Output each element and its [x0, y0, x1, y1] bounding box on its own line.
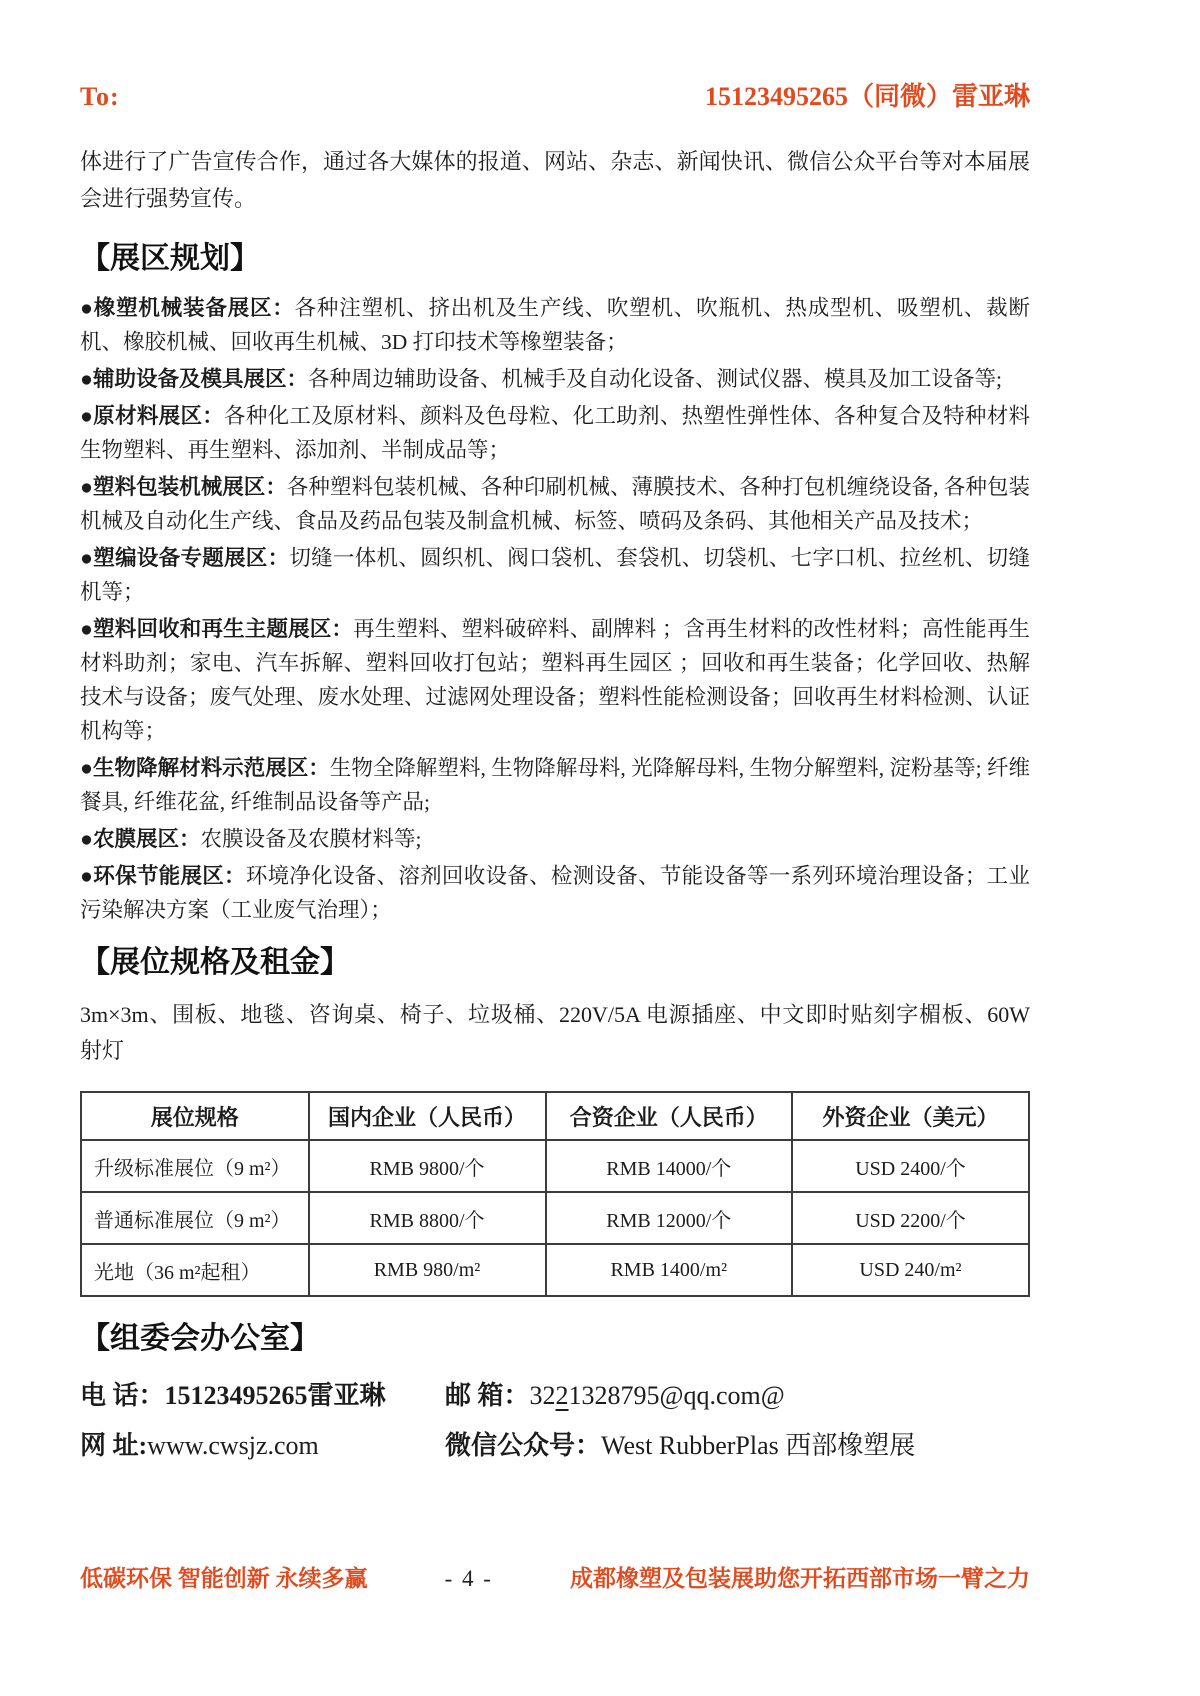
column-header-foreign: 外资企业（美元） [792, 1092, 1029, 1140]
table-row: 光地（36 m²起租） RMB 980/m² RMB 1400/m² USD 2… [81, 1244, 1029, 1296]
zone-name: ●辅助设备及模具展区： [80, 367, 308, 391]
wechat-row: 微信公众号：West RubberPlas 西部橡塑展 [445, 1427, 1030, 1465]
website-value: www.cwsjz.com [147, 1431, 319, 1460]
price-cell: RMB 9800/个 [309, 1140, 546, 1192]
booth-spec-cell: 普通标准展位（9 m²） [81, 1192, 309, 1244]
footer-slogan-left: 低碳环保 智能创新 永续多赢 [80, 1560, 368, 1593]
page-number: - 4 - [445, 1566, 493, 1592]
zone-item: ●辅助设备及模具展区：各种周边辅助设备、机械手及自动化设备、测试仪器、模具及加工… [80, 362, 1030, 396]
email-part: 1328795@qq.com@ [569, 1381, 785, 1410]
column-header-joint-venture: 合资企业（人民币） [546, 1092, 792, 1140]
zone-name: ●生物降解材料示范展区： [80, 756, 330, 780]
footer-slogan-right: 成都橡塑及包装展助您开拓西部市场一臂之力 [570, 1560, 1030, 1593]
email-label: 邮 箱： [445, 1381, 530, 1410]
zone-item: ●原材料展区：各种化工及原材料、颜料及色母粒、化工助剂、热塑性弹性体、各种复合及… [80, 399, 1030, 467]
intro-paragraph: 体进行了广告宣传合作，通过各大媒体的报道、网站、杂志、新闻快讯、微信公众平台等对… [80, 143, 1030, 217]
section-title-zone-planning: 【展区规划】 [80, 237, 1030, 281]
contact-block: 电 话：15123495265雷亚琳 邮 箱：3221328795@qq.com… [80, 1377, 1030, 1465]
column-header-domestic: 国内企业（人民币） [309, 1092, 546, 1140]
document-page: To: 15123495265（同微）雷亚琳 体进行了广告宣传合作，通过各大媒体… [0, 0, 1200, 1696]
price-cell: USD 2400/个 [792, 1140, 1029, 1192]
table-row: 普通标准展位（9 m²） RMB 8800/个 RMB 12000/个 USD … [81, 1192, 1029, 1244]
price-cell: USD 2200/个 [792, 1192, 1029, 1244]
zone-item: ●环保节能展区：环境净化设备、溶剂回收设备、检测设备、节能设备等一系列环境治理设… [80, 859, 1030, 927]
booth-spec-cell: 光地（36 m²起租） [81, 1244, 309, 1296]
phone-label: 电 话： [80, 1381, 165, 1410]
zone-item: ●塑料包装机械展区：各种塑料包装机械、各种印刷机械、薄膜技术、各种打包机缠绕设备… [80, 470, 1030, 538]
doc-header: To: 15123495265（同微）雷亚琳 [80, 76, 1030, 113]
price-cell: RMB 980/m² [309, 1244, 546, 1296]
email-row: 邮 箱：3221328795@qq.com@ [445, 1377, 1030, 1415]
website-row: 网 址:www.cwsjz.com [80, 1427, 445, 1465]
zone-item: ●塑料回收和再生主题展区：再生塑料、塑料破碎料、副牌料 ；含再生材料的改性材料；… [80, 612, 1030, 748]
website-label: 网 址: [80, 1431, 147, 1460]
zone-item: ●橡塑机械装备展区：各种注塑机、挤出机及生产线、吹塑机、吹瓶机、热成型机、吸塑机… [80, 291, 1030, 359]
header-contact: 15123495265（同微）雷亚琳 [705, 76, 1030, 113]
booth-includes-note: 3m×3m、围板、地毯、咨询桌、椅子、垃圾桶、220V/5A 电源插座、中文即时… [80, 997, 1030, 1069]
price-cell: USD 240/m² [792, 1244, 1029, 1296]
phone-value: 15123495265雷亚琳 [165, 1381, 386, 1410]
zone-name: ●塑料包装机械展区： [80, 475, 287, 499]
zone-name: ●塑料回收和再生主题展区： [80, 617, 353, 641]
section-title-booth-rates: 【展位规格及租金】 [80, 941, 1030, 985]
zone-item: ●塑编设备专题展区：切缝一体机、圆织机、阀口袋机、套袋机、切袋机、七字口机、拉丝… [80, 541, 1030, 609]
zone-name: ●塑编设备专题展区： [80, 546, 289, 570]
zone-item: ●生物降解材料示范展区：生物全降解塑料, 生物降解母料, 光降解母料, 生物分解… [80, 751, 1030, 819]
zone-desc: 各种周边辅助设备、机械手及自动化设备、测试仪器、模具及加工设备等; [308, 367, 1002, 391]
wechat-value: West RubberPlas 西部橡塑展 [601, 1431, 915, 1460]
page-footer: 低碳环保 智能创新 永续多赢 - 4 - 成都橡塑及包装展助您开拓西部市场一臂之… [80, 1560, 1030, 1593]
email-value: 3221328795@qq.com@ [530, 1381, 785, 1410]
price-cell: RMB 12000/个 [546, 1192, 792, 1244]
booth-price-table: 展位规格 国内企业（人民币） 合资企业（人民币） 外资企业（美元） 升级标准展位… [80, 1091, 1030, 1297]
zone-name: ●橡塑机械装备展区： [80, 296, 295, 320]
zone-desc: 农膜设备及农膜材料等; [201, 827, 422, 851]
zone-name: ●农膜展区： [80, 827, 201, 851]
booth-spec-cell: 升级标准展位（9 m²） [81, 1140, 309, 1192]
wechat-label: 微信公众号： [445, 1431, 601, 1460]
table-row: 升级标准展位（9 m²） RMB 9800/个 RMB 14000/个 USD … [81, 1140, 1029, 1192]
table-header-row: 展位规格 国内企业（人民币） 合资企业（人民币） 外资企业（美元） [81, 1092, 1029, 1140]
email-part: 32 [530, 1381, 556, 1410]
column-header-spec: 展位规格 [81, 1092, 309, 1140]
zone-name: ●原材料展区： [80, 404, 224, 428]
price-cell: RMB 14000/个 [546, 1140, 792, 1192]
zone-item: ●农膜展区：农膜设备及农膜材料等; [80, 822, 1030, 856]
to-label: To: [80, 82, 120, 112]
zone-name: ●环保节能展区： [80, 864, 246, 888]
phone-row: 电 话：15123495265雷亚琳 [80, 1377, 445, 1415]
price-cell: RMB 1400/m² [546, 1244, 792, 1296]
email-part-underlined: 2 [556, 1381, 569, 1410]
section-title-committee-office: 【组委会办公室】 [80, 1317, 1030, 1361]
price-cell: RMB 8800/个 [309, 1192, 546, 1244]
